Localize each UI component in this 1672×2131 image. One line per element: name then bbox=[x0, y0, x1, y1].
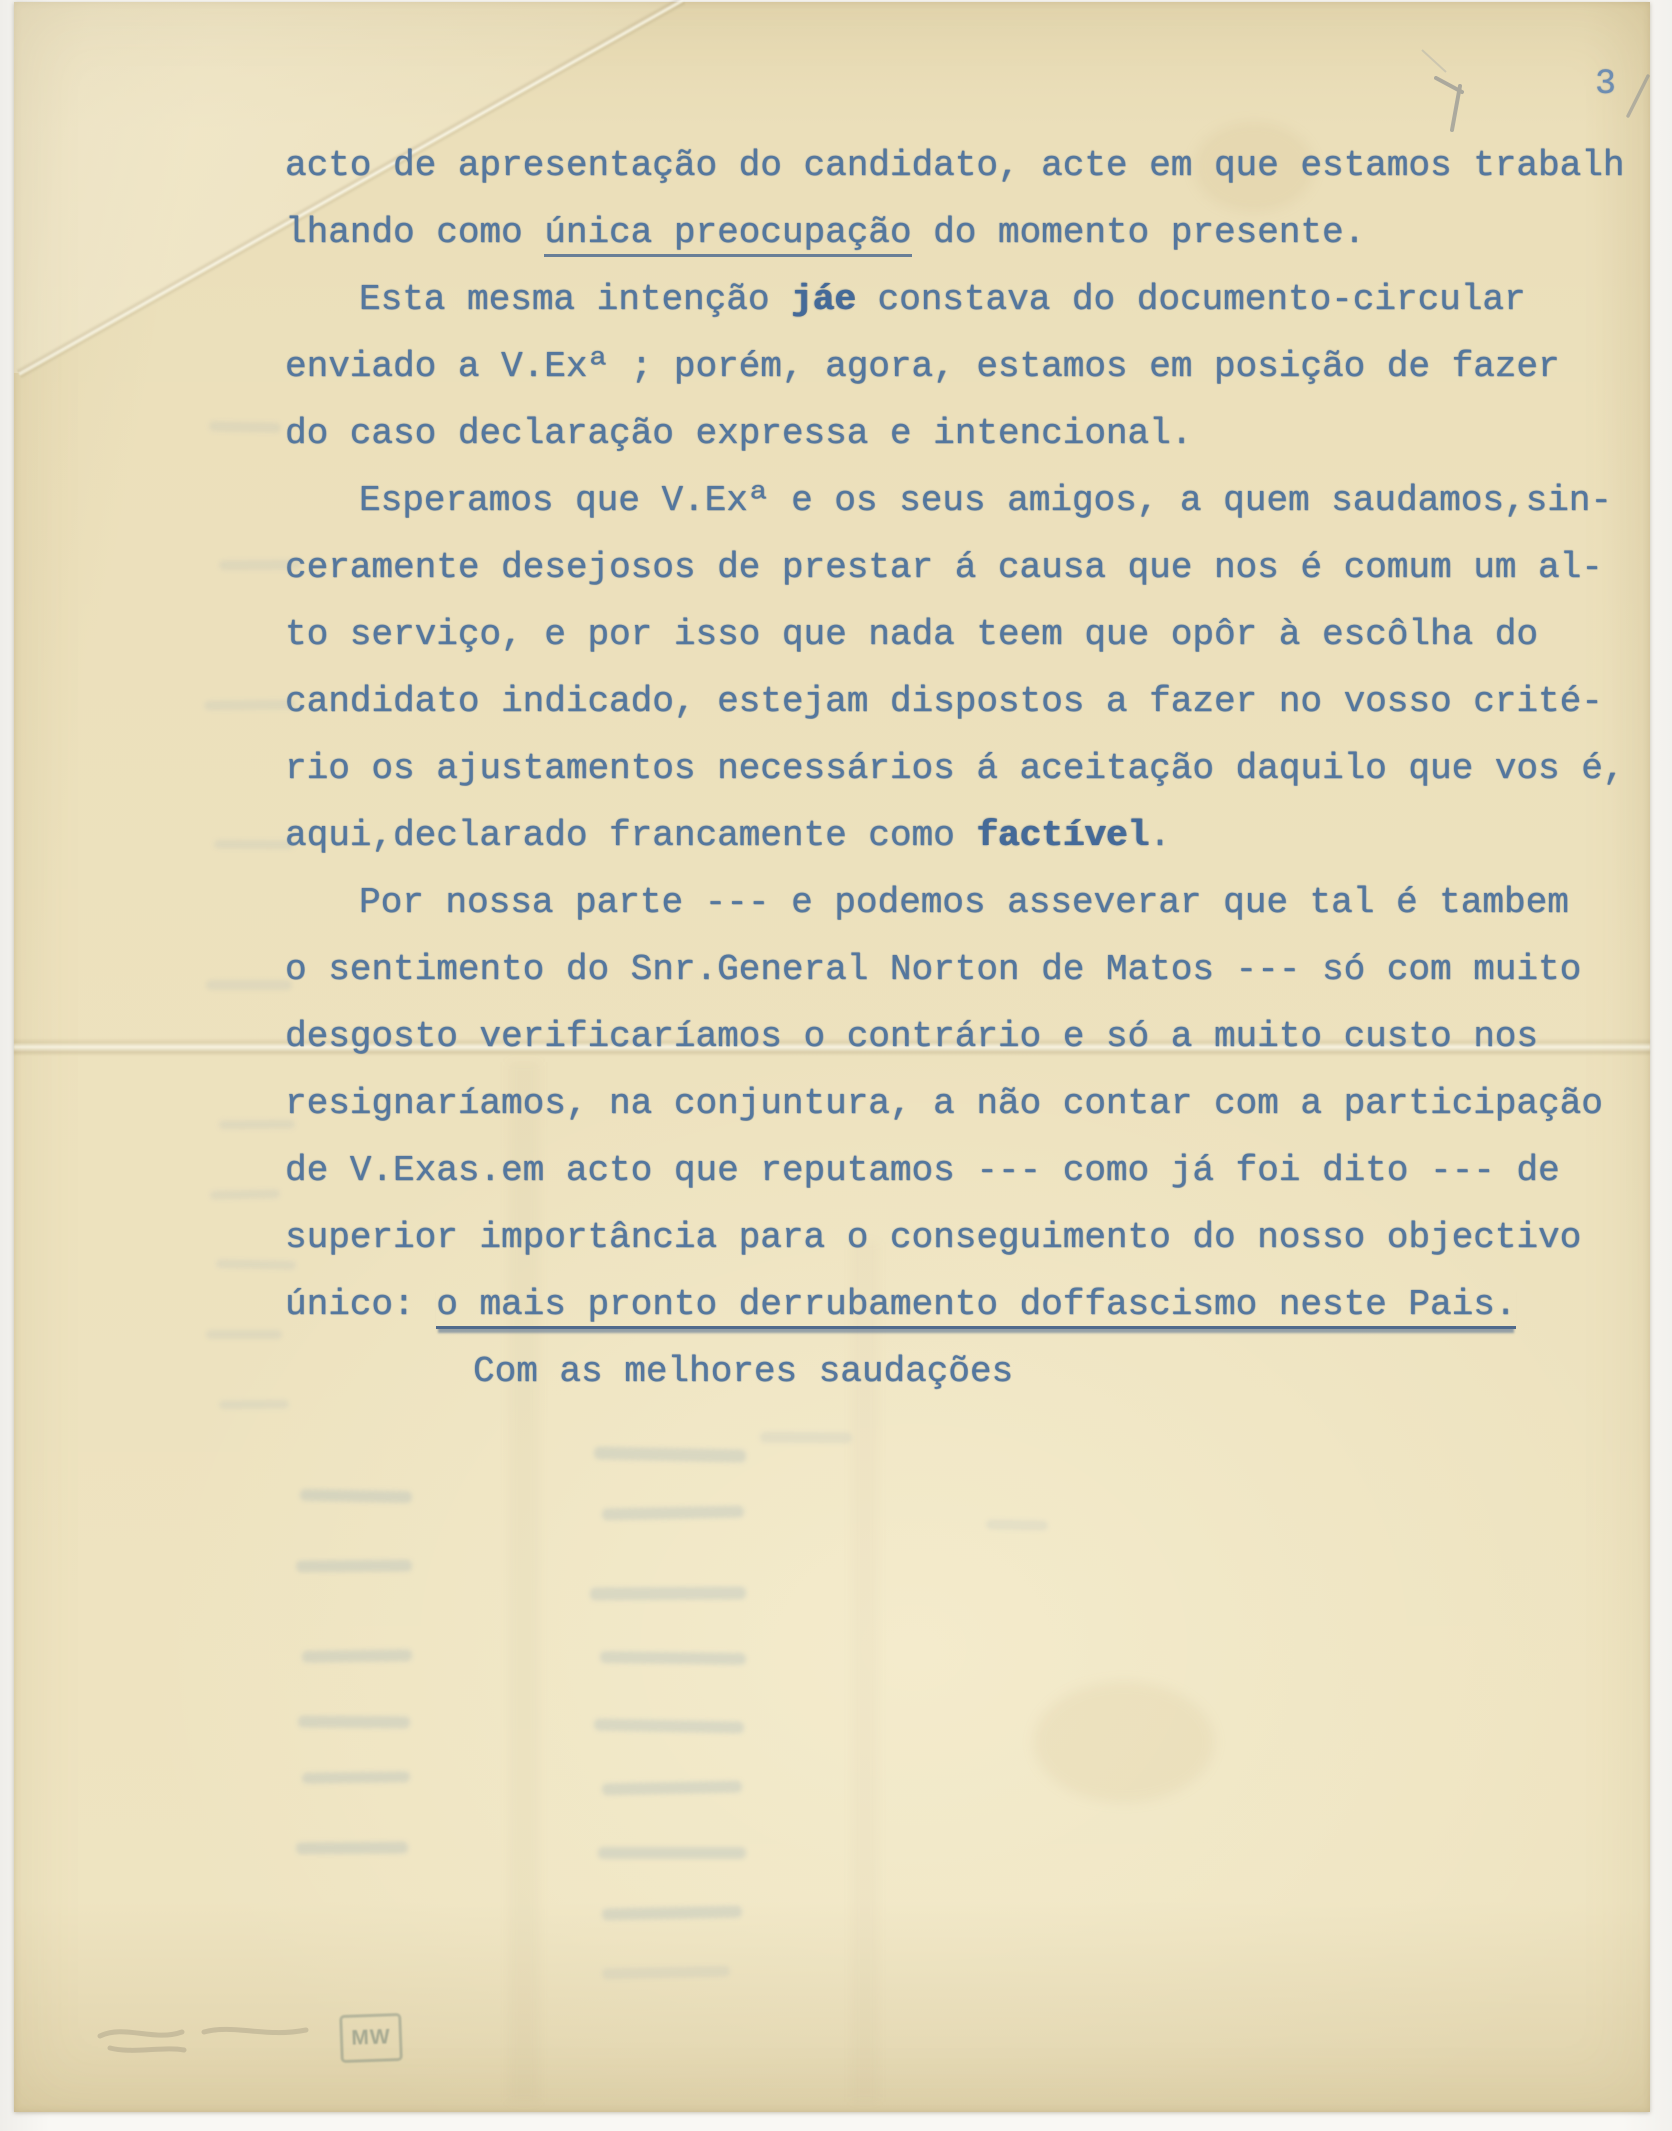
letter-line: lhando como única preocupação do momento… bbox=[285, 199, 1655, 266]
bleedthrough-smudge bbox=[206, 980, 292, 990]
bleedthrough-smudge bbox=[598, 1847, 746, 1859]
bleedthrough-smudge bbox=[602, 1781, 742, 1796]
letter-line: único: o mais pronto derrubamento doffas… bbox=[285, 1271, 1655, 1338]
bleedthrough-smudge bbox=[602, 1906, 742, 1921]
letter-line: aqui,declarado francamente como factível… bbox=[285, 802, 1655, 869]
letter-line: rio os ajustamentos necessários á aceita… bbox=[285, 735, 1655, 802]
paper-sheet: 3 acto de apresentação do candidato, act… bbox=[14, 2, 1650, 2112]
letter-text-segment: resignaríamos, na conjuntura, a não cont… bbox=[285, 1083, 1603, 1124]
archive-stamp: MW bbox=[339, 2013, 403, 2063]
bleedthrough-smudge bbox=[594, 1718, 744, 1733]
letter-text-segment: to serviço, e por isso que nada teem que… bbox=[285, 614, 1538, 655]
bleedthrough-smudge bbox=[600, 1651, 746, 1665]
letter-text-segment: ceramente desejosos de prestar á causa q… bbox=[285, 547, 1603, 588]
letter-text-segment: rio os ajustamentos necessários á aceita… bbox=[285, 748, 1624, 789]
bleedthrough-smudge bbox=[986, 1519, 1048, 1530]
letter-line: de V.Exas.em acto que reputamos --- como… bbox=[285, 1137, 1655, 1204]
bleedthrough-smudge bbox=[219, 1400, 289, 1409]
bleedthrough-smudge bbox=[204, 699, 296, 710]
letter-text-segment: o mais pronto derrubamento doffascismo n… bbox=[436, 1284, 1516, 1329]
letter-line: do caso declaração expressa e intenciona… bbox=[285, 400, 1655, 467]
letter-text-segment: . bbox=[1149, 815, 1171, 856]
bleedthrough-smudge bbox=[594, 1446, 746, 1462]
letter-line: to serviço, e por isso que nada teem que… bbox=[285, 601, 1655, 668]
letter-line: Esta mesma intenção jáe constava do docu… bbox=[285, 266, 1655, 333]
letter-text-segment: o sentimento do Snr.General Norton de Ma… bbox=[285, 949, 1581, 990]
bleedthrough-smudge bbox=[300, 1489, 412, 1503]
scanned-letter-page: 3 acto de apresentação do candidato, act… bbox=[0, 0, 1672, 2131]
page-number: 3 bbox=[1595, 64, 1616, 104]
letter-text-segment: única preocupação bbox=[544, 212, 911, 257]
letter-line: acto de apresentação do candidato, acte … bbox=[285, 132, 1655, 199]
bleedthrough-smudge bbox=[602, 1966, 730, 1980]
letter-line: Por nossa parte --- e podemos asseverar … bbox=[285, 869, 1655, 936]
letter-line: Com as melhores saudações bbox=[285, 1338, 1655, 1405]
letter-line: resignaríamos, na conjuntura, a não cont… bbox=[285, 1070, 1655, 1137]
bleedthrough-smudge bbox=[298, 1716, 410, 1729]
archive-stamp-label: MW bbox=[351, 2025, 391, 2050]
letter-text-segment: do momento presente. bbox=[912, 212, 1366, 253]
letter-text-segment: do caso declaração expressa e intenciona… bbox=[285, 413, 1192, 454]
letter-line: candidato indicado, estejam dispostos a … bbox=[285, 668, 1655, 735]
letter-text-segment: Por nossa parte --- e podemos asseverar … bbox=[359, 882, 1569, 923]
pencil-mark-check bbox=[1436, 78, 1462, 130]
pencil-scribble bbox=[100, 2029, 306, 2050]
bleedthrough-smudge bbox=[296, 1560, 412, 1573]
letter-line: superior importância para o conseguiment… bbox=[285, 1204, 1655, 1271]
letter-text-segment: lhando como bbox=[285, 212, 544, 253]
bleedthrough-smudge bbox=[302, 1649, 412, 1663]
letter-text-segment: jáe bbox=[791, 279, 856, 320]
letter-line: Esperamos que V.Exª e os seus amigos, a … bbox=[285, 467, 1655, 534]
bleedthrough-smudge bbox=[210, 1189, 280, 1199]
letter-body: acto de apresentação do candidato, acte … bbox=[285, 132, 1655, 1405]
letter-text-segment: aqui,declarado francamente como bbox=[285, 815, 976, 856]
pencil-tick bbox=[1422, 50, 1446, 72]
bleedthrough-smudge bbox=[214, 840, 294, 850]
letter-text-segment: de V.Exas.em acto que reputamos --- como… bbox=[285, 1150, 1560, 1191]
letter-text-segment: Esperamos que V.Exª e os seus amigos, a … bbox=[359, 480, 1612, 521]
pencil-slash bbox=[1628, 76, 1648, 116]
letter-text-segment: constava do documento-circular bbox=[856, 279, 1526, 320]
letter-text-segment: candidato indicado, estejam dispostos a … bbox=[285, 681, 1603, 722]
letter-text-segment: enviado a V.Exª ; porém, agora, estamos … bbox=[285, 346, 1560, 387]
letter-text-segment: factível bbox=[976, 815, 1149, 856]
letter-line: desgosto verificaríamos o contrário e só… bbox=[285, 1003, 1655, 1070]
bleedthrough-smudge bbox=[209, 421, 281, 433]
bleedthrough-smudge bbox=[302, 1771, 410, 1784]
bleedthrough-smudge bbox=[206, 1330, 282, 1339]
letter-text-segment: Esta mesma intenção bbox=[359, 279, 791, 320]
bleedthrough-smudge bbox=[296, 1842, 408, 1855]
letter-line: ceramente desejosos de prestar á causa q… bbox=[285, 534, 1655, 601]
age-spot bbox=[1034, 1682, 1214, 1802]
letter-text-segment: acto de apresentação do candidato, acte … bbox=[285, 145, 1624, 186]
bleedthrough-smudge bbox=[602, 1506, 744, 1521]
bleedthrough-smudge bbox=[590, 1586, 746, 1600]
letter-text-segment: Com as melhores saudações bbox=[473, 1351, 1013, 1392]
letter-line: enviado a V.Exª ; porém, agora, estamos … bbox=[285, 333, 1655, 400]
letter-text-segment: desgosto verificaríamos o contrário e só… bbox=[285, 1016, 1538, 1057]
letter-text-segment: único: bbox=[285, 1284, 436, 1325]
bleedthrough-smudge bbox=[219, 1120, 295, 1130]
letter-line: o sentimento do Snr.General Norton de Ma… bbox=[285, 936, 1655, 1003]
letter-text-segment: superior importância para o conseguiment… bbox=[285, 1217, 1581, 1258]
bleedthrough-smudge bbox=[760, 1432, 852, 1444]
